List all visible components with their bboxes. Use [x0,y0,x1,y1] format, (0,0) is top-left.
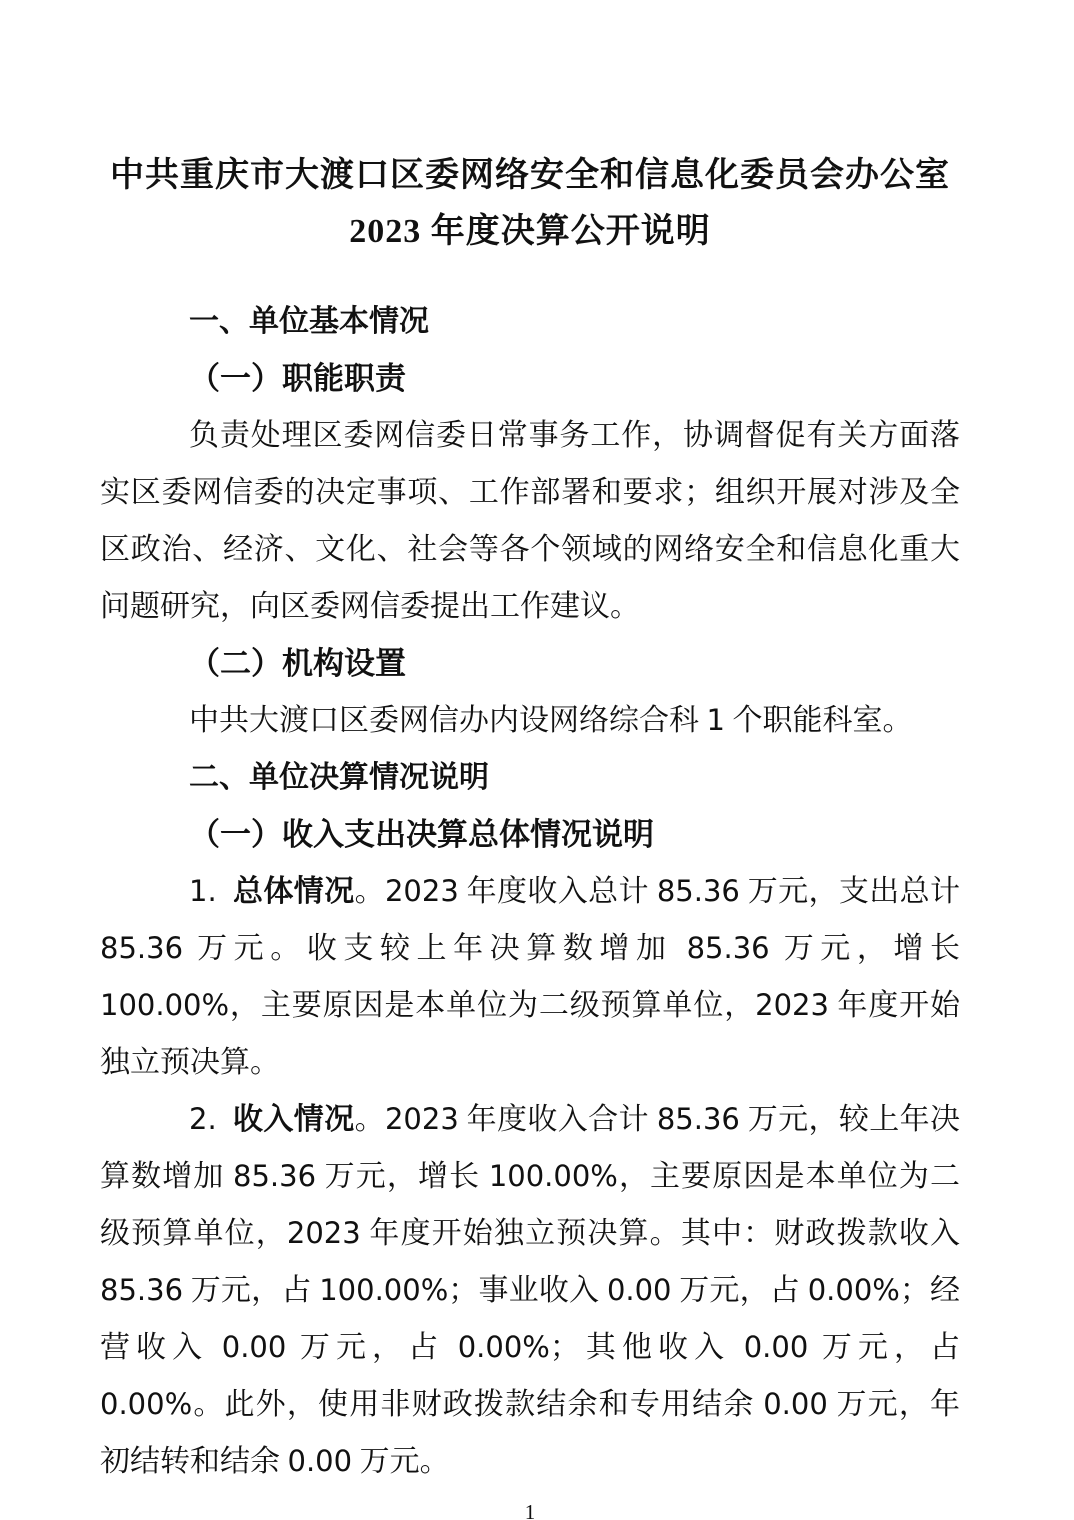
subsection-heading-organization: （二）机构设置 [100,635,960,692]
paragraph-overall: 1.总体情况。2023 年度收入总计 85.36 万元，支出总计 85.36 万… [100,863,960,1091]
paragraph-duties: 负责处理区委网信委日常事务工作，协调督促有关方面落实区委网信委的决定事项、工作部… [100,407,960,635]
paragraph-organization: 中共大渡口区委网信办内设网络综合科 1 个职能科室。 [100,692,960,749]
page-number: 1 [100,1500,960,1520]
paragraph-income-lead: 收入情况 [233,1103,355,1136]
paragraph-overall-number: 1. [189,874,217,909]
paragraph-overall-text: 。2023 年度收入总计 85.36 万元，支出总计 85.36 万元。收支较上… [100,875,960,1079]
subsection-heading-overview: （一）收入支出决算总体情况说明 [100,806,960,863]
document-page: 中共重庆市大渡口区委网络安全和信息化委员会办公室 2023 年度决算公开说明 一… [0,0,1074,1520]
subsection-heading-duties: （一）职能职责 [100,350,960,407]
section-heading-basic-info: 一、单位基本情况 [100,293,960,350]
title-line-2: 2023 年度决算公开说明 [100,204,960,260]
document-title: 中共重庆市大渡口区委网络安全和信息化委员会办公室 2023 年度决算公开说明 [100,148,960,260]
paragraph-income-number: 2. [189,1102,217,1137]
paragraph-income-text: 。2023 年度收入合计 85.36 万元，较上年决算数增加 85.36 万元，… [100,1103,960,1478]
title-line-1: 中共重庆市大渡口区委网络安全和信息化委员会办公室 [100,148,960,204]
paragraph-overall-lead: 总体情况 [233,875,355,908]
section-heading-final-accounts: 二、单位决算情况说明 [100,749,960,806]
paragraph-income: 2.收入情况。2023 年度收入合计 85.36 万元，较上年决算数增加 85.… [100,1091,960,1490]
